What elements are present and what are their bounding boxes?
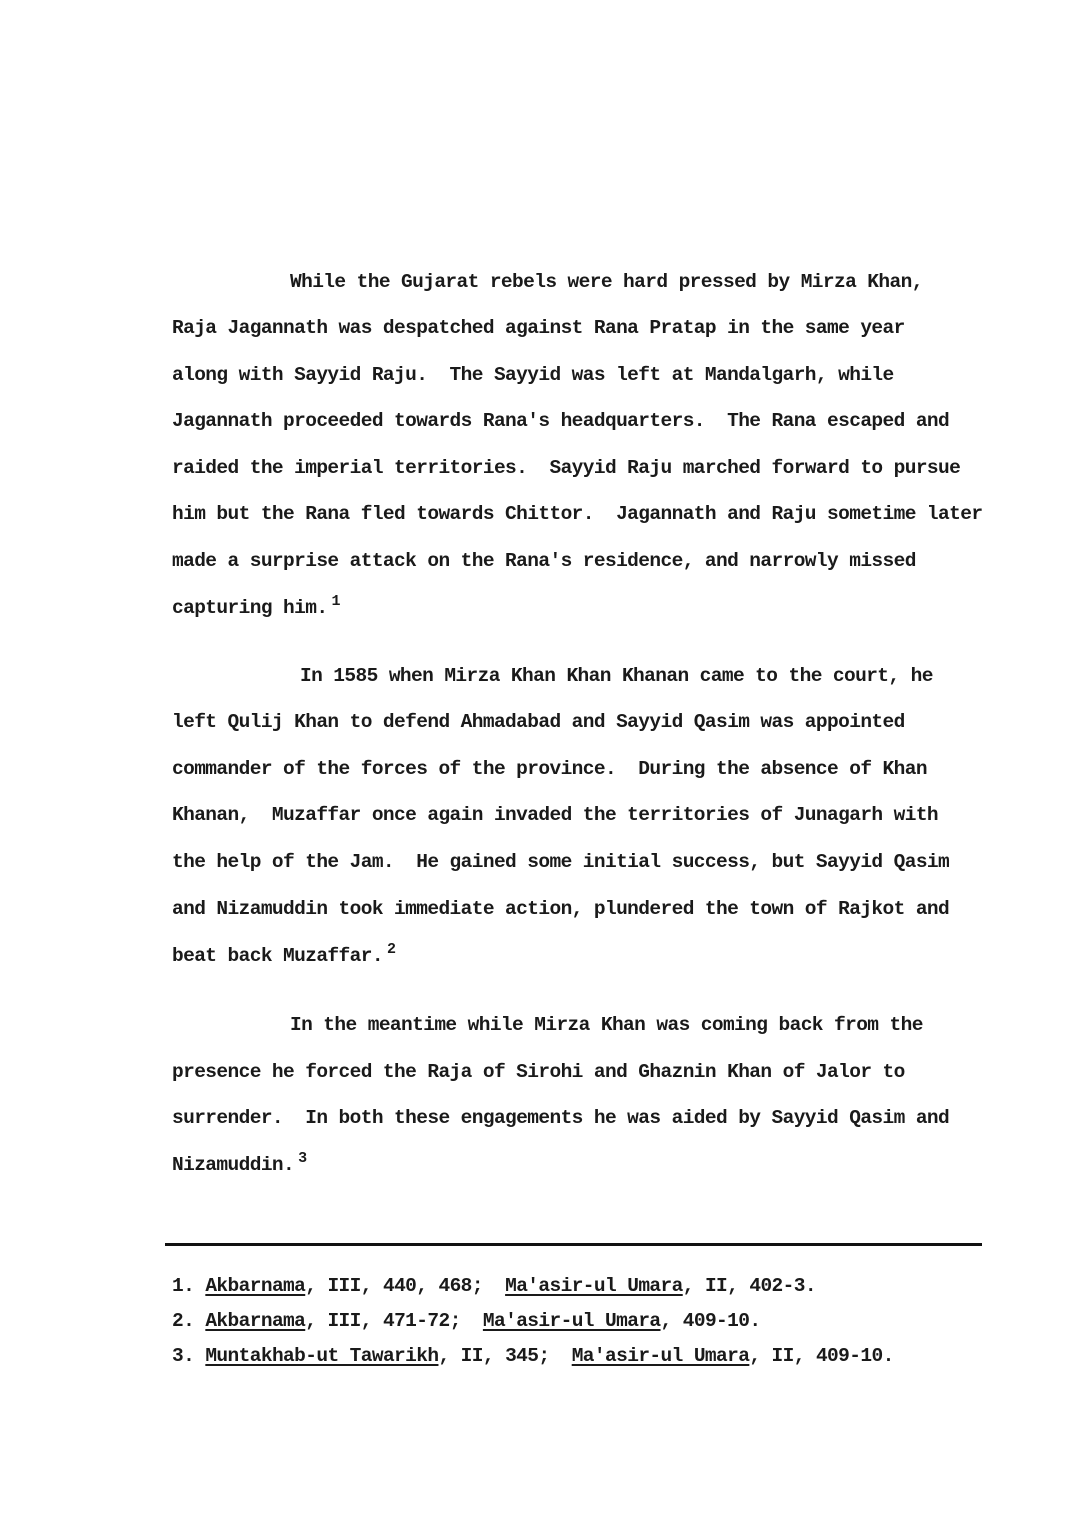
text-line: left Qulij Khan to defend Ahmadabad and … — [172, 710, 905, 734]
footnote-title: Ma'asir-ul Umara — [483, 1310, 661, 1332]
text-line: made a surprise attack on the Rana's res… — [172, 549, 916, 573]
footnote-title: Muntakhab-ut Tawarikh — [205, 1345, 438, 1367]
text-line: In the meantime while Mirza Khan was com… — [290, 1013, 923, 1037]
footnote-ref-text: , II, 409-10. — [749, 1345, 893, 1367]
footnote-2: 2. Akbarnama, III, 471-72; Ma'asir-ul Um… — [172, 1310, 760, 1332]
text-line: Jagannath proceeded towards Rana's headq… — [172, 409, 949, 433]
footnote-ref-3: 3 — [298, 1150, 306, 1167]
text-line: raided the imperial territories. Sayyid … — [172, 456, 960, 480]
footnote-ref-text: , III, 471-72; — [305, 1310, 483, 1332]
text-line: him but the Rana fled towards Chittor. J… — [172, 502, 982, 526]
footnote-title: Akbarnama — [205, 1310, 305, 1332]
footnote-3: 3. Muntakhab-ut Tawarikh, II, 345; Ma'as… — [172, 1345, 894, 1367]
footnote-title: Ma'asir-ul Umara — [572, 1345, 750, 1367]
text-line: Khanan, Muzaffar once again invaded the … — [172, 803, 938, 827]
footnote-ref-1: 1 — [331, 593, 339, 610]
footnote-1: 1. Akbarnama, III, 440, 468; Ma'asir-ul … — [172, 1275, 816, 1297]
text-line: Raja Jagannath was despatched against Ra… — [172, 316, 905, 340]
footnote-number: 2. — [172, 1310, 194, 1332]
text-line: and Nizamuddin took immediate action, pl… — [172, 897, 949, 921]
text-line: In 1585 when Mirza Khan Khan Khanan came… — [300, 664, 933, 688]
text-line-with-footnote: beat back Muzaffar.2 — [172, 944, 395, 968]
footnote-number: 3. — [172, 1345, 194, 1367]
text-line: commander of the forces of the province.… — [172, 757, 927, 781]
text-line: surrender. In both these engagements he … — [172, 1106, 949, 1130]
footnote-ref-text: , II, 402-3. — [683, 1275, 816, 1297]
footnote-number: 1. — [172, 1275, 194, 1297]
document-page: While the Gujarat rebels were hard press… — [0, 0, 1086, 1534]
text-line: capturing him. — [172, 597, 327, 619]
footnote-title: Akbarnama — [205, 1275, 305, 1297]
text-line: Nizamuddin. — [172, 1154, 294, 1176]
footnote-ref-text: , II, 345; — [438, 1345, 571, 1367]
footnote-ref-text: , 409-10. — [661, 1310, 761, 1332]
text-line: beat back Muzaffar. — [172, 945, 383, 967]
footnote-title: Ma'asir-ul Umara — [505, 1275, 683, 1297]
text-line-with-footnote: Nizamuddin.3 — [172, 1153, 307, 1177]
text-line-with-footnote: capturing him.1 — [172, 596, 340, 620]
text-line: along with Sayyid Raju. The Sayyid was l… — [172, 363, 894, 387]
footnote-divider — [165, 1243, 982, 1246]
footnote-ref-text: , III, 440, 468; — [305, 1275, 505, 1297]
text-line: the help of the Jam. He gained some init… — [172, 850, 949, 874]
footnote-ref-2: 2 — [387, 941, 395, 958]
text-line: While the Gujarat rebels were hard press… — [290, 270, 923, 294]
text-line: presence he forced the Raja of Sirohi an… — [172, 1060, 905, 1084]
